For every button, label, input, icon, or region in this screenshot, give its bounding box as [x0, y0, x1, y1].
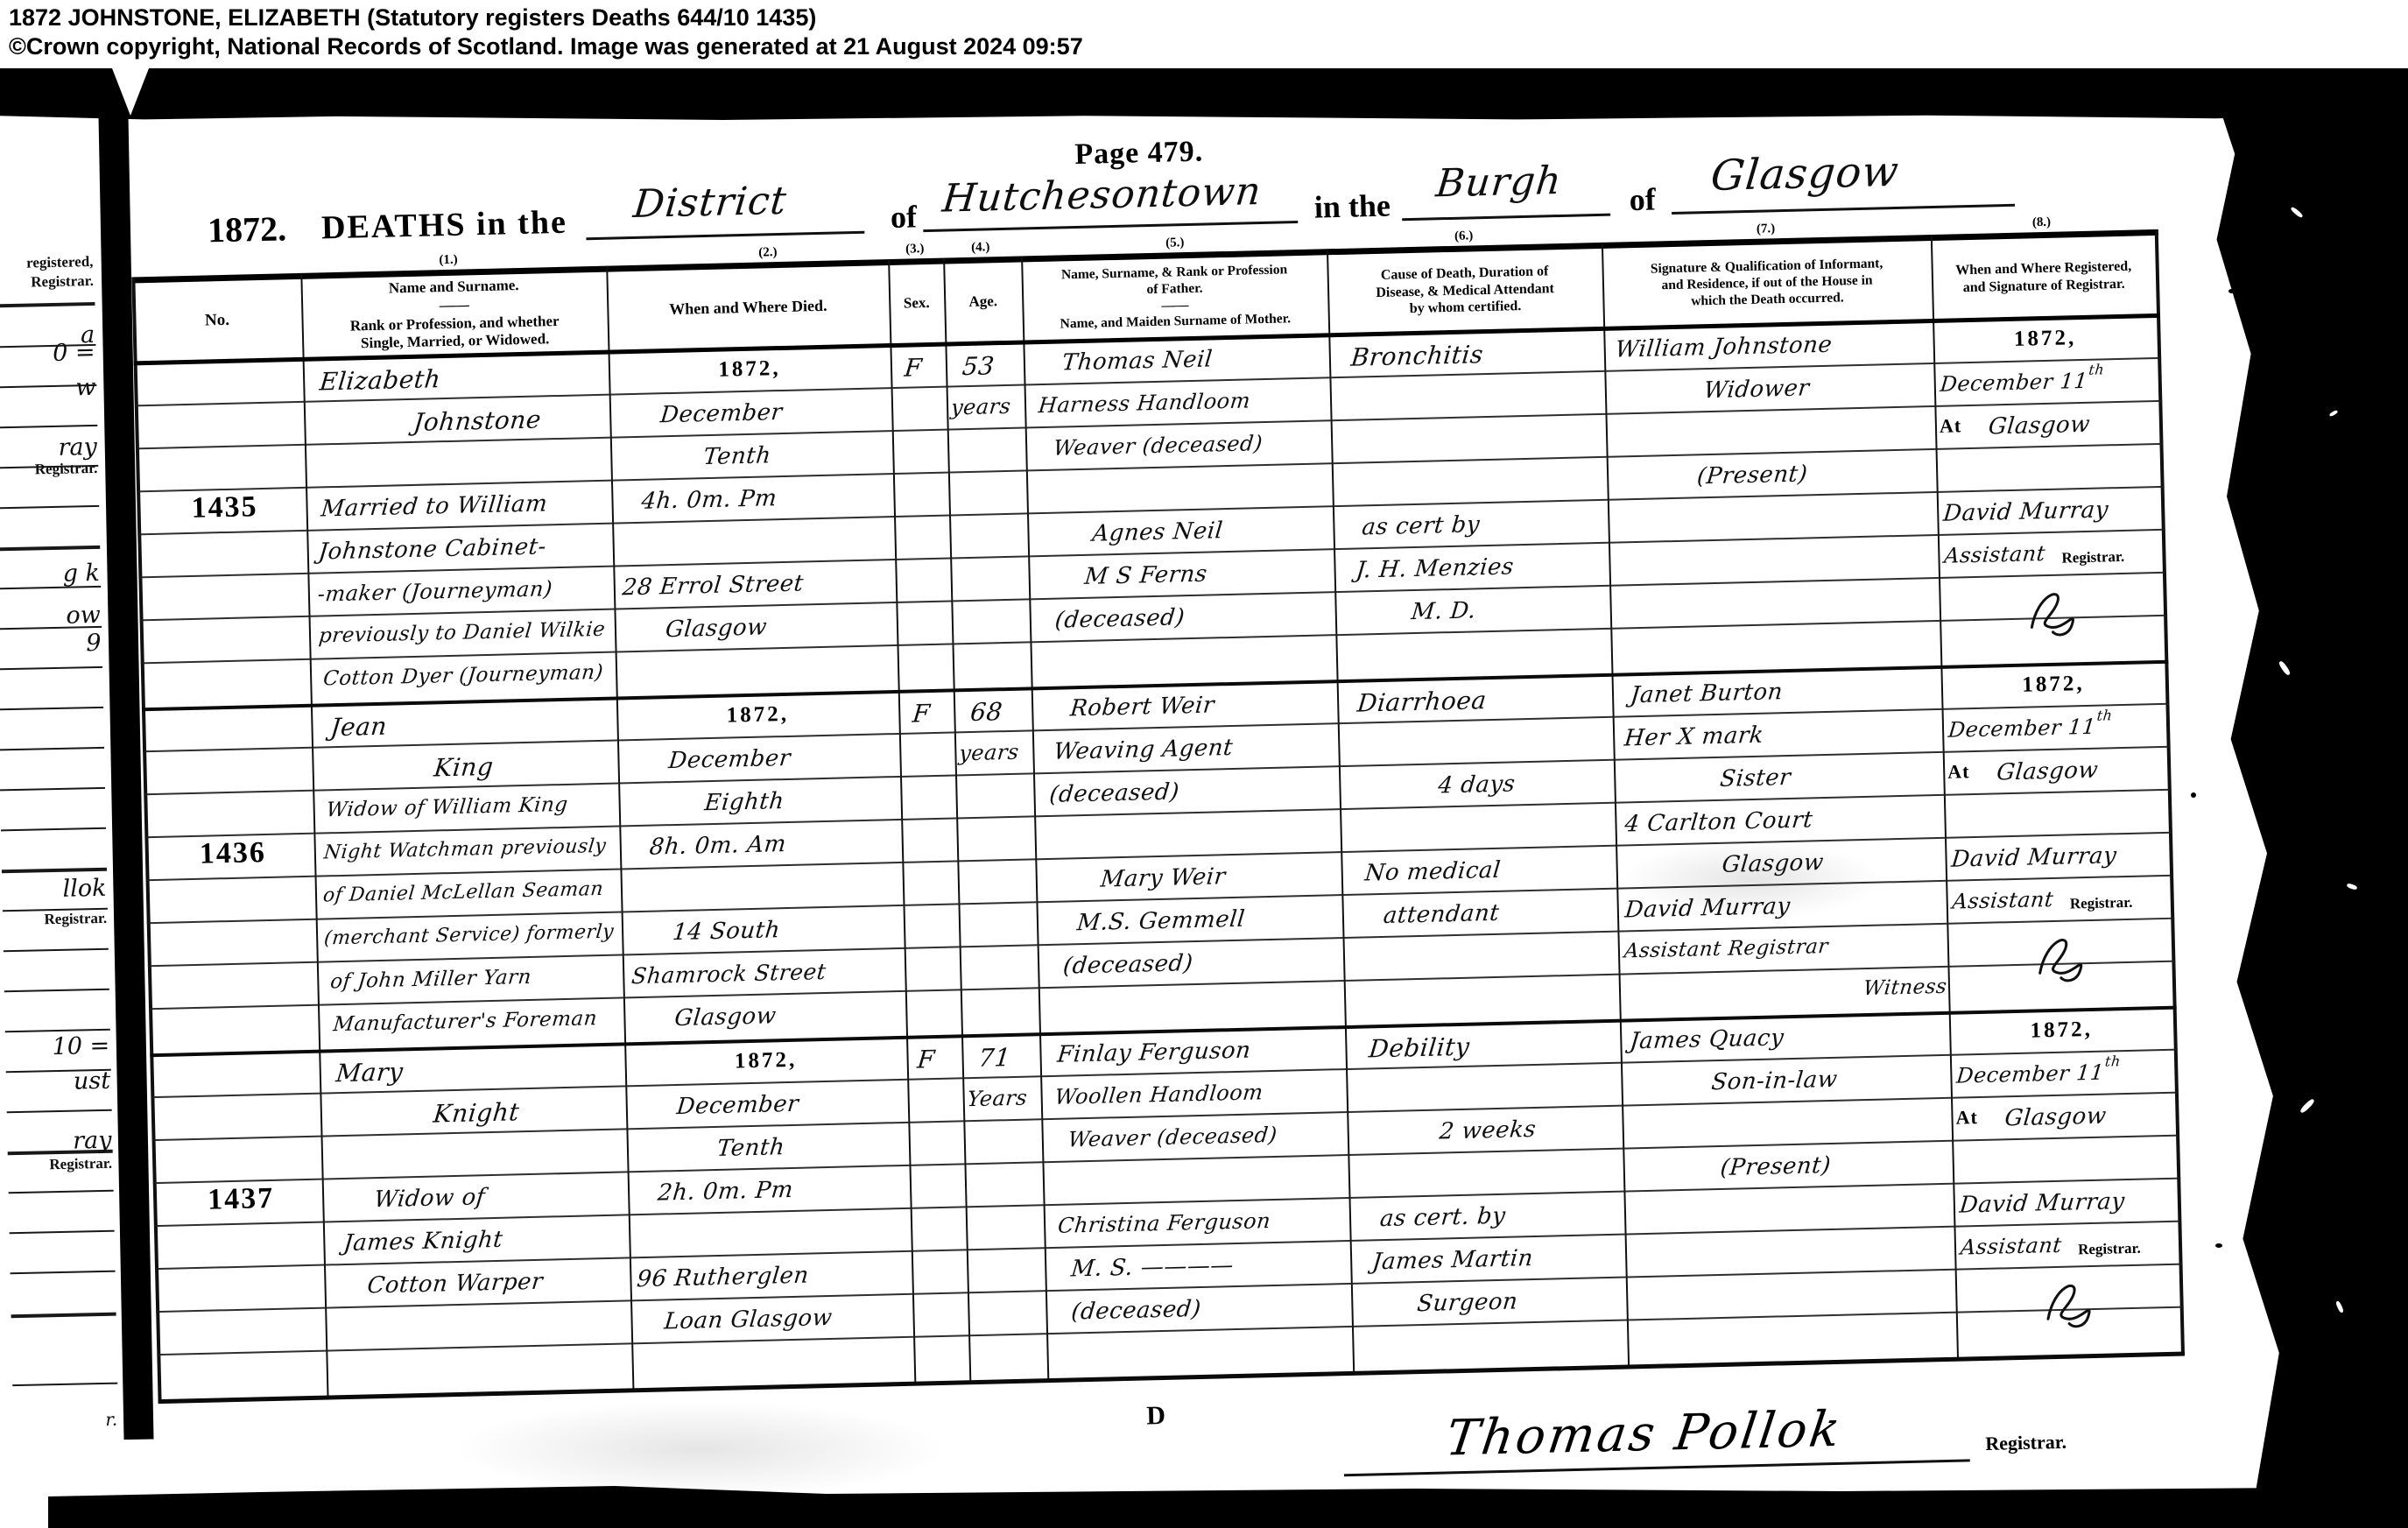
- marital-status-line: Cotton Warper: [366, 1269, 544, 1299]
- ruled-line: [7, 1109, 112, 1114]
- death-day: Tenth: [702, 442, 772, 470]
- ruled-line: [4, 989, 109, 993]
- column-mark-2: (2.): [749, 245, 787, 261]
- ruled-line: [10, 1230, 115, 1235]
- disease-duration: 4 days: [1437, 771, 1517, 799]
- marital-status-line: Widow of William King: [325, 793, 568, 822]
- registrar-rank: Assistant: [1951, 887, 2054, 914]
- father-name: Robert Weir: [1069, 692, 1216, 722]
- father-occupation: Weaving Agent: [1053, 735, 1235, 765]
- marital-status-line: Night Watchman previously: [323, 835, 608, 864]
- mother-name: Mary Weir: [1099, 863, 1227, 892]
- informant-mark: Her X mark: [1623, 722, 1765, 752]
- entry-number: 1437: [171, 1181, 312, 1218]
- father-occupation: Weaver (deceased): [1067, 1123, 1278, 1152]
- prev-page-fragment: 0 =: [53, 339, 95, 367]
- prev-page-fragment: ow: [66, 602, 101, 630]
- footer-d-mark: D: [1146, 1401, 1165, 1432]
- registrar-initials-flourish: [2030, 928, 2101, 986]
- prev-page-fragment: 9: [86, 630, 102, 657]
- registration-year: 1872,: [1933, 324, 2158, 354]
- registration-place: Glasgow: [2003, 1103, 2108, 1132]
- marital-status-line: James Knight: [342, 1227, 504, 1257]
- ruled-line: [0, 425, 97, 429]
- prev-page-fragment: Registrar.: [49, 1155, 112, 1173]
- medical-attendant-note: No medical: [1363, 857, 1502, 887]
- witness-rank: Assistant Registrar: [1623, 935, 1829, 963]
- cause-of-death: Debility: [1368, 1032, 1471, 1064]
- prev-page-fragment: r.: [105, 1409, 117, 1430]
- age-unit: years: [950, 394, 1012, 420]
- informant-name: James Quacy: [1629, 1025, 1785, 1054]
- column-mark-3: (3.): [896, 242, 934, 257]
- ruled-line: [0, 787, 105, 792]
- ruled-line: [0, 505, 99, 510]
- column-mark-6: (6.): [1444, 229, 1482, 244]
- deceased-name: Mary: [334, 1057, 405, 1088]
- death-place: 28 Errol Street: [621, 570, 805, 601]
- ruled-line: [1, 827, 106, 832]
- registrar-initials-flourish: [2022, 582, 2093, 640]
- death-time: 2h. 0m. Pm: [657, 1177, 795, 1207]
- column-header-when-where-died: When and Where Died.: [606, 265, 890, 350]
- at-label: At: [1955, 1106, 1978, 1130]
- marital-status-line: Johnstone Cabinet-: [317, 533, 547, 565]
- footer-registrar-label: Registrar.: [1985, 1431, 2067, 1455]
- ink-speck: [2228, 289, 2235, 293]
- ruled-line: [0, 707, 103, 711]
- marital-status-line: of John Miller Yarn: [329, 966, 532, 993]
- column-header-age: Age.: [943, 263, 1023, 342]
- column-header-registered: When and Where Registered, and Signature…: [1931, 236, 2157, 319]
- registration-date: December 11: [1939, 369, 2088, 397]
- registrar-rank: Assistant: [1960, 1233, 2063, 1260]
- informant-relation: Son-in-law: [1710, 1067, 1839, 1095]
- ruled-line: [0, 546, 100, 552]
- scanned-register-viewer: 1872 JOHNSTONE, ELIZABETH (Statutory reg…: [0, 0, 2408, 1528]
- death-year: 1872,: [624, 1046, 907, 1077]
- mother-deceased-note: (deceased): [1070, 1296, 1202, 1326]
- mother-maiden-name: M. S. ————: [1070, 1252, 1236, 1282]
- prev-page-fragment: ray: [58, 433, 97, 461]
- prev-page-fragment: Registrar.: [44, 910, 107, 928]
- registration-date-ordinal: th: [2088, 361, 2106, 377]
- record-row-1435: 1435 Elizabeth Johnstone Married to Will…: [134, 318, 2169, 711]
- record-row-1436: 1436 Jean King Widow of William King Nig…: [142, 664, 2177, 1057]
- ruled-line: [9, 1190, 114, 1194]
- sex-value: F: [912, 699, 932, 729]
- death-time: 8h. 0m. Am: [648, 831, 787, 861]
- witness-signature: David Murray: [1623, 893, 1792, 924]
- informant-present-note: (Present): [1719, 1152, 1832, 1181]
- medical-attendant: James Martin: [1371, 1245, 1535, 1275]
- witness-note: Witness: [1862, 975, 1948, 1000]
- deceased-surname: Knight: [432, 1097, 520, 1128]
- death-month: December: [659, 399, 784, 428]
- ruled-line: [0, 747, 104, 751]
- death-day: Tenth: [715, 1134, 785, 1162]
- certification-note: as cert by: [1361, 511, 1481, 540]
- heading-of: of: [1629, 180, 1656, 218]
- prev-page-fragment: 10 =: [52, 1032, 109, 1060]
- ruled-line: [11, 1313, 116, 1319]
- age-value: 71: [977, 1043, 1012, 1073]
- deceased-surname: King: [433, 752, 495, 783]
- registrar-initials-flourish: [2038, 1274, 2109, 1332]
- column-header-sex: Sex.: [888, 264, 945, 343]
- father-occupation: Weaver (deceased): [1053, 431, 1264, 461]
- column-mark-1: (1.): [429, 252, 468, 268]
- informant-name: Janet Burton: [1630, 679, 1785, 708]
- heading-year: 1872.: [208, 208, 287, 250]
- column-header-parents: Name, Surname, & Rank or Profession of F…: [1021, 255, 1328, 340]
- age-unit: years: [958, 740, 1020, 766]
- ruled-line: [12, 1383, 117, 1387]
- column-header-cause: Cause of Death, Duration of Disease, & M…: [1327, 249, 1603, 333]
- prev-page-fragment: Registrar.: [35, 460, 98, 478]
- registrar-signature: David Murray: [1942, 496, 2110, 527]
- register-page: Page 479. 1872. DEATHS in the District o…: [129, 90, 2188, 1528]
- record-row-1437: 1437 Mary Knight Widow of James Knight C…: [150, 1010, 2185, 1403]
- registration-date-ordinal: th: [2104, 1053, 2122, 1069]
- registration-date: December 11: [1955, 1060, 2105, 1088]
- column-mark-8: (8.): [2022, 215, 2060, 231]
- record-title: 1872 JOHNSTONE, ELIZABETH (Statutory reg…: [9, 4, 1083, 32]
- medical-qualification: M. D.: [1410, 597, 1477, 625]
- marital-status-line: (merchant Service) formerly: [323, 921, 615, 950]
- registrar-signature: David Murray: [1958, 1188, 2126, 1219]
- column-mark-7: (7.): [1746, 222, 1785, 237]
- informant-relation: Sister: [1719, 764, 1792, 792]
- father-name: Finlay Ferguson: [1056, 1038, 1252, 1068]
- medical-attendant: J. H. Menzies: [1355, 553, 1515, 583]
- informant-relation: Widower: [1702, 375, 1810, 404]
- sex-value: F: [916, 1045, 936, 1074]
- heading-underline: [923, 221, 1298, 232]
- column-mark-5: (5.): [1156, 236, 1194, 251]
- mother-deceased-note: (deceased): [1053, 604, 1186, 634]
- prev-page-fragment: ust: [74, 1067, 111, 1095]
- registrar-label: Registrar.: [2078, 1240, 2141, 1259]
- entry-number: 1436: [162, 835, 303, 872]
- ink-speck: [2191, 792, 2196, 798]
- heading-underline: [586, 231, 864, 240]
- informant-name: William Johnstone: [1614, 332, 1834, 363]
- scan-right-border: [2207, 68, 2408, 1496]
- page-fold-notch: [112, 68, 149, 116]
- prev-page-fragment: llok: [62, 875, 107, 903]
- marital-status-line: previously to Daniel Wilkie: [318, 618, 607, 648]
- certification-note: as cert. by: [1379, 1203, 1507, 1232]
- viewer-header: 1872 JOHNSTONE, ELIZABETH (Statutory reg…: [9, 4, 1083, 61]
- ruled-line: [4, 948, 109, 953]
- death-place: Glasgow: [665, 614, 769, 643]
- death-place: Glasgow: [673, 1003, 778, 1032]
- father-name: Thomas Neil: [1060, 346, 1214, 376]
- registration-year: 1872,: [1941, 670, 2166, 700]
- ruled-line: [2, 868, 107, 874]
- at-label: At: [1947, 760, 1970, 784]
- cause-of-death: Bronchitis: [1349, 340, 1484, 372]
- ruled-line: [0, 302, 95, 308]
- sex-value: F: [903, 353, 923, 383]
- column-header-no: No.: [132, 279, 303, 362]
- registration-place: Glasgow: [1996, 757, 2100, 786]
- registration-year: 1872,: [1949, 1016, 2174, 1046]
- heading-of: of: [890, 198, 917, 236]
- registrar-label: Registrar.: [2070, 894, 2133, 913]
- heading-underline: [1672, 204, 2015, 215]
- informant-address: Glasgow: [1721, 849, 1825, 878]
- heading-district-word: District: [631, 179, 789, 227]
- registration-date: December 11: [1947, 715, 2097, 743]
- disease-duration: 2 weeks: [1438, 1116, 1537, 1145]
- column-header-informant: Signature & Qualification of Informant, …: [1602, 241, 1933, 327]
- heading-in-the: in the: [1313, 187, 1391, 226]
- deceased-name: Jean: [329, 712, 389, 743]
- marital-status-line: Married to William: [320, 490, 549, 522]
- ruled-line: [11, 1271, 116, 1275]
- registrar-signature: David Murray: [1950, 842, 2118, 873]
- death-month: December: [667, 745, 792, 774]
- mother-name: Agnes Neil: [1091, 518, 1224, 547]
- registrar-page-signature: Thomas Pollok: [1443, 1401, 1846, 1468]
- age-value: 53: [961, 351, 996, 381]
- death-place: 96 Rutherglen: [636, 1263, 810, 1293]
- marital-status-line: -maker (Journeyman): [317, 576, 554, 606]
- prev-page-fragment: g k: [62, 560, 100, 588]
- informant-present-note: (Present): [1696, 461, 1809, 489]
- marital-status-line: of Daniel McLellan Seaman: [322, 878, 604, 907]
- ruled-line: [0, 666, 102, 671]
- column-header-name: Name and Surname. —— Rank or Profession,…: [300, 272, 608, 357]
- father-occupation: Woollen Handloom: [1053, 1080, 1264, 1109]
- death-year: 1872,: [616, 700, 899, 731]
- heading-burgh-name: Glasgow: [1708, 147, 1901, 201]
- registrar-label: Registrar.: [2061, 548, 2124, 567]
- cause-of-death: Diarrhoea: [1356, 686, 1489, 718]
- page-number: Page 479.: [1074, 136, 1204, 172]
- table-bottom-border: [158, 1352, 2185, 1405]
- medical-qualification: Surgeon: [1416, 1288, 1519, 1317]
- heading-underline: [1402, 214, 1610, 222]
- mother-maiden-name: M.S. Gemmell: [1076, 906, 1247, 937]
- registration-date-ordinal: th: [2096, 707, 2114, 723]
- at-label: At: [1940, 414, 1962, 438]
- copyright-line: ©Crown copyright, National Records of Sc…: [9, 32, 1083, 61]
- marital-status-line: Cotton Dyer (Journeyman): [322, 661, 604, 691]
- death-year: 1872,: [609, 354, 891, 385]
- medical-attendant-note: attendant: [1382, 900, 1500, 929]
- age-value: 68: [969, 697, 1004, 727]
- mother-name: Christina Ferguson: [1057, 1208, 1272, 1238]
- death-day: Eighth: [703, 788, 785, 816]
- death-place: 14 South: [672, 917, 782, 946]
- registration-place: Glasgow: [1987, 412, 2091, 440]
- entry-number: 1435: [154, 489, 295, 526]
- informant-address: 4 Carlton Court: [1623, 806, 1814, 837]
- column-mark-4: (4.): [961, 240, 1000, 256]
- heading-deaths-in-the: DEATHS in the: [321, 203, 568, 248]
- deceased-name: Elizabeth: [319, 364, 442, 396]
- marital-status-line: Manufacturer's Foreman: [332, 1007, 598, 1036]
- ink-speck: [2215, 1243, 2222, 1248]
- mother-deceased-note: (deceased): [1062, 950, 1194, 980]
- death-place: Shamrock Street: [630, 959, 827, 989]
- age-unit: Years: [966, 1086, 1028, 1112]
- death-place: Loan Glasgow: [663, 1305, 834, 1335]
- death-time: 4h. 0m. Pm: [640, 485, 778, 515]
- father-occupation: Harness Handloom: [1038, 388, 1252, 418]
- registrar-rank: Assistant: [1943, 541, 2046, 568]
- prev-page-header-fragment: Registrar.: [31, 272, 94, 291]
- mother-maiden-name: M S Ferns: [1083, 561, 1208, 590]
- prev-page-fragment: ray: [73, 1127, 112, 1155]
- father-deceased-note: (deceased): [1048, 778, 1180, 808]
- death-month: December: [675, 1091, 799, 1120]
- marital-status-line: Widow of: [373, 1184, 487, 1213]
- prev-page-header-fragment: registered,: [26, 253, 94, 272]
- prev-page-fragment: w: [75, 374, 96, 401]
- heading-burgh-word: Burgh: [1434, 158, 1564, 207]
- heading-district-name: Hutchesontown: [940, 169, 1264, 222]
- deceased-surname: Johnstone: [412, 405, 543, 437]
